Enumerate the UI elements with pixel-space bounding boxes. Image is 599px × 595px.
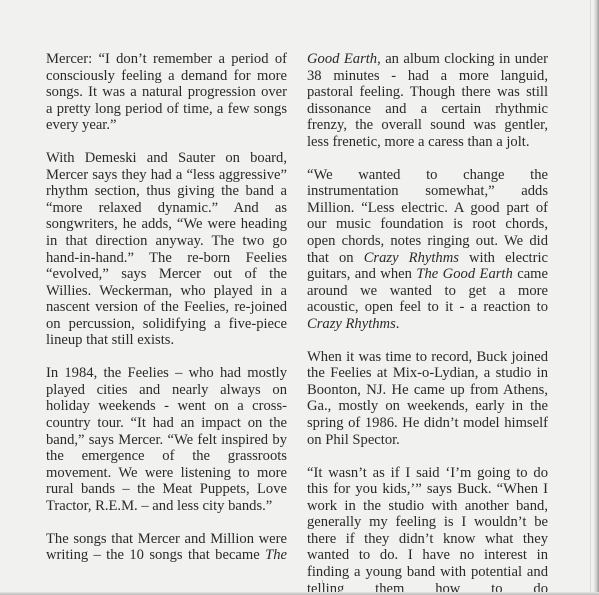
album-title-italic: Crazy Rhythms xyxy=(364,250,459,266)
booklet-page: Mercer: “I don’t remember a period of co… xyxy=(0,0,599,595)
text-segment: Mercer: “I don’t remember a period of co… xyxy=(46,51,287,133)
album-title-italic: Crazy Rhythms xyxy=(307,316,396,332)
paragraph: In 1984, the Feelies – who had mostly pl… xyxy=(46,365,287,514)
page-fold-line xyxy=(590,0,591,595)
paragraph: When it was time to record, Buck joined … xyxy=(307,349,548,448)
print-mark xyxy=(322,580,323,584)
album-title-italic: The xyxy=(265,547,287,563)
paragraph: “We wanted to change the instrumentation… xyxy=(307,167,548,332)
text-segment: With Demeski and Sauter on board, Mercer… xyxy=(46,150,287,348)
paragraph: Good Earth, an album clocking in under 3… xyxy=(307,51,548,150)
paragraph: Mercer: “I don’t remember a period of co… xyxy=(46,51,287,134)
paragraph: “It wasn’t as if I said ‘I’m going to do… xyxy=(307,465,548,595)
text-segment: “It wasn’t as if I said ‘I’m going to do… xyxy=(307,465,548,595)
album-title-italic: The Good Earth xyxy=(416,266,512,282)
paragraph: With Demeski and Sauter on board, Mercer… xyxy=(46,150,287,349)
right-text-column: Good Earth, an album clocking in under 3… xyxy=(307,51,548,595)
paragraph: The songs that Mercer and Million were w… xyxy=(46,531,287,564)
text-segment: When it was time to record, Buck joined … xyxy=(307,349,548,448)
left-text-column: Mercer: “I don’t remember a period of co… xyxy=(46,51,287,564)
text-segment: In 1984, the Feelies – who had mostly pl… xyxy=(46,365,287,513)
text-segment: The songs that Mercer and Million were w… xyxy=(46,531,287,564)
page-right-edge xyxy=(594,0,599,595)
album-title-italic: Good Earth xyxy=(307,51,377,67)
text-segment: . xyxy=(396,316,400,332)
